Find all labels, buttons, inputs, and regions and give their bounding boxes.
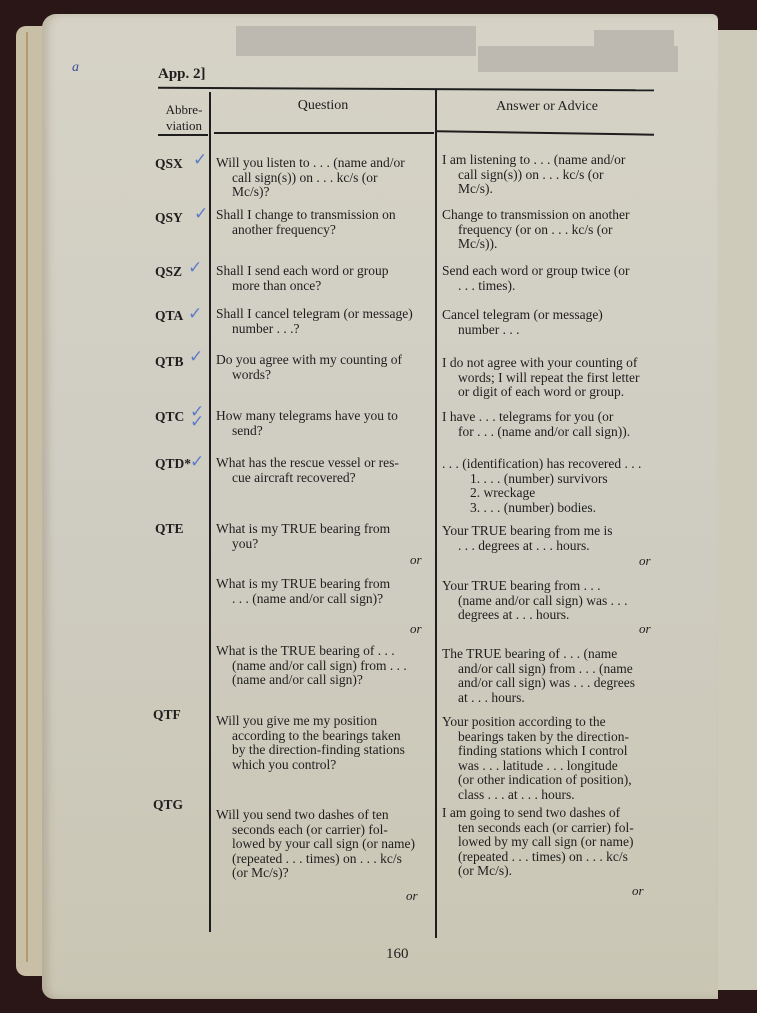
abbr-QTE: QTE <box>155 521 184 537</box>
question-cell: Shall I cancel telegram (or message) num… <box>216 307 426 336</box>
question-cell: What is my TRUE bearing from you? <box>216 522 426 551</box>
header-bottom-rule <box>214 132 434 134</box>
answer-cell: Your position according to the bearings … <box>442 715 652 802</box>
pen-check-icon: ✓ <box>188 304 202 324</box>
question-cell: What has the rescue vessel or res- cue a… <box>216 456 426 485</box>
redacted-region <box>236 26 476 56</box>
answer-cell: I am listening to . . . (name and/or cal… <box>442 153 652 197</box>
redacted-region <box>594 30 674 66</box>
question-cell: How many telegrams have you to send? <box>216 409 426 438</box>
abbr-QTA: QTA <box>155 308 183 324</box>
pen-check-icon: ✓ <box>189 347 203 367</box>
header-bottom-rule <box>158 134 208 136</box>
or-separator: or <box>639 553 651 569</box>
question-cell: What is my TRUE bearing from . . . (name… <box>216 577 426 606</box>
answer-cell: Change to transmission on another freque… <box>442 208 652 252</box>
abbr-QTG: QTG <box>153 797 183 813</box>
question-cell: Will you send two dashes of ten seconds … <box>216 808 426 881</box>
question-cell: Shall I change to transmission on anothe… <box>216 208 426 237</box>
or-separator: or <box>406 888 418 904</box>
or-separator: or <box>639 621 651 637</box>
pen-check-icon: ✓ <box>194 204 208 224</box>
page-number: 160 <box>386 946 409 963</box>
header-abbreviation-line: viation <box>160 118 208 134</box>
header-abbreviation-line: Abbre- <box>160 102 208 118</box>
margin-annotation: a <box>72 60 79 76</box>
answer-cell: Your TRUE bearing from . . . (name and/o… <box>442 579 652 623</box>
running-head: App. 2] <box>158 66 206 83</box>
pen-check-icon: ✓ <box>188 258 202 278</box>
column-divider <box>435 90 437 938</box>
answer-cell: . . . (identification) has recovered . .… <box>442 457 652 515</box>
abbr-QTC: QTC <box>155 409 184 425</box>
column-divider <box>209 92 211 932</box>
answer-cell: Your TRUE bearing from me is . . . degre… <box>442 524 652 553</box>
answer-cell: I do not agree with your counting of wor… <box>442 356 652 400</box>
abbr-QTD: QTD* <box>155 456 191 472</box>
header-question: Question <box>214 98 432 114</box>
abbr-QSX: QSX <box>155 156 183 172</box>
answer-cell: Send each word or group twice (or . . . … <box>442 264 652 293</box>
pen-check-icon: ✓ <box>190 412 204 432</box>
or-separator: or <box>410 552 422 568</box>
abbr-QSY: QSY <box>155 210 183 226</box>
answer-cell: I am going to send two dashes of ten sec… <box>442 806 652 879</box>
question-cell: Will you listen to . . . (name and/or ca… <box>216 156 426 200</box>
question-cell: What is the TRUE bearing of . . . (name … <box>216 644 426 688</box>
pen-check-icon: ✓ <box>190 452 204 472</box>
answer-cell: I have . . . telegrams for you (or for .… <box>442 410 652 439</box>
abbr-QTB: QTB <box>155 354 184 370</box>
question-cell: Shall I send each word or group more tha… <box>216 264 426 293</box>
question-cell: Will you give me my position according t… <box>216 714 426 772</box>
answer-cell: Cancel telegram (or message) number . . … <box>442 308 652 337</box>
answer-cell: The TRUE bearing of . . . (name and/or c… <box>442 647 652 705</box>
question-cell: Do you agree with my counting of words? <box>216 353 426 382</box>
abbr-QTF: QTF <box>153 707 181 723</box>
abbr-QSZ: QSZ <box>155 264 182 280</box>
header-abbreviation: Abbre- viation <box>160 102 208 134</box>
or-separator: or <box>410 621 422 637</box>
facing-page-edge <box>712 30 757 990</box>
or-separator: or <box>632 883 644 899</box>
pen-check-icon: ✓ <box>193 150 207 170</box>
header-answer: Answer or Advice <box>440 99 654 115</box>
